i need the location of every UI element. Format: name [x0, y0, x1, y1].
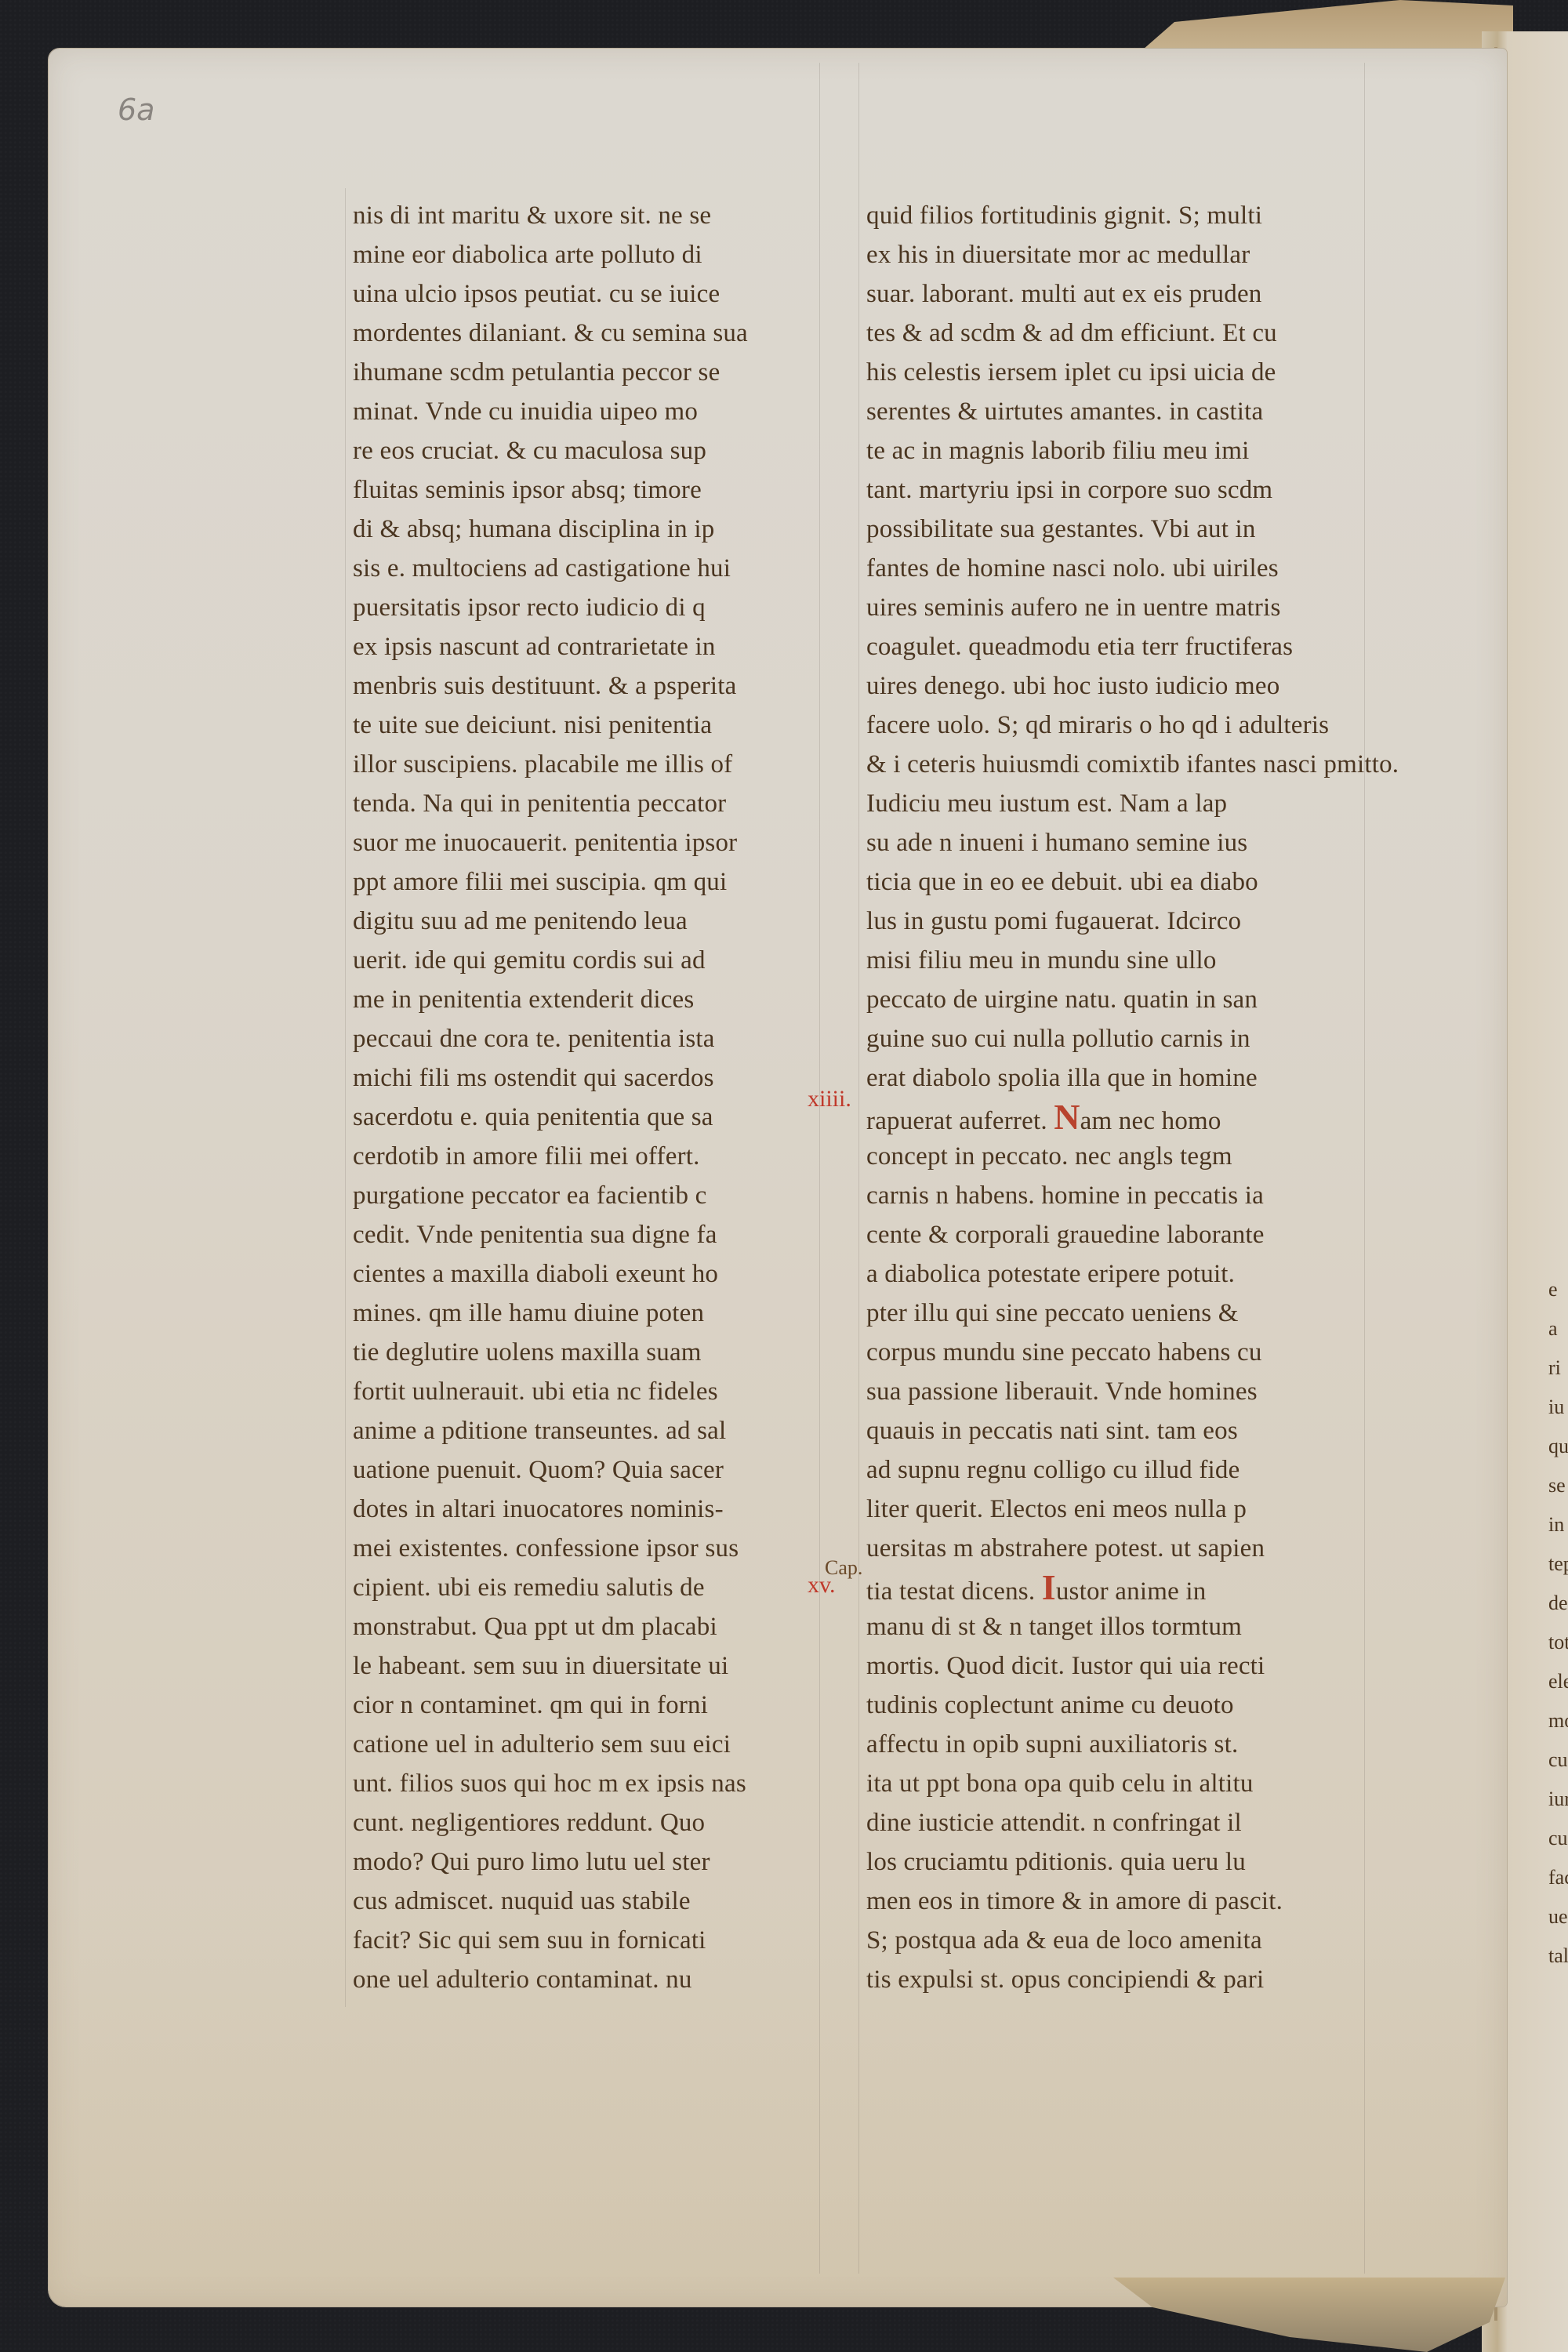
- text-line: & i ceteris huiusmdi comixtib ifantes na…: [866, 745, 1352, 784]
- text-line: fluitas seminis ipsor absq; timore: [353, 470, 808, 510]
- text-line: liter querit. Electos eni meos nulla p: [866, 1490, 1352, 1529]
- text-line: tep: [1548, 1544, 1568, 1584]
- text-line: fantes de homine nasci nolo. ubi uiriles: [866, 549, 1352, 588]
- text-line: peccato de uirgine natu. quatin in san: [866, 980, 1352, 1019]
- text-line: ihumane scdm petulantia peccor se: [353, 353, 808, 392]
- text-line: uina ulcio ipsos peutiat. cu se iuice: [353, 274, 808, 314]
- text-line: erat diabolo spolia illa que in homine: [866, 1058, 1352, 1098]
- text-line: mei existentes. confessione ipsor sus: [353, 1529, 808, 1568]
- text-line: uires seminis aufero ne in uentre matris: [866, 588, 1352, 627]
- text-line: tant. martyriu ipsi in corpore suo scdm: [866, 470, 1352, 510]
- text-line: ex ipsis nascunt ad contrarietate in: [353, 627, 808, 666]
- text-line: pter illu qui sine peccato ueniens &: [866, 1294, 1352, 1333]
- text-line: te ac in magnis laborib filiu meu imi: [866, 431, 1352, 470]
- ruling-vertical-mid-1: [819, 63, 820, 2274]
- text-line: uel q: [1548, 1897, 1568, 1936]
- text-line: di & absq; humana disciplina in ip: [353, 510, 808, 549]
- text-line: e: [1548, 1270, 1568, 1309]
- text-line: den: [1548, 1584, 1568, 1623]
- text-line: suor me inuocauerit. penitentia ipsor: [353, 823, 808, 862]
- text-line: in iu: [1548, 1505, 1568, 1544]
- text-line: minat. Vnde cu inuidia uipeo mo: [353, 392, 808, 431]
- text-line: le habeant. sem suu in diuersitate ui: [353, 1646, 808, 1686]
- text-line: anime a pditione transeuntes. ad sal: [353, 1411, 808, 1450]
- text-line: affectu in opib supni auxiliatoris st.: [866, 1725, 1352, 1764]
- text-line: facere uolo. S; qd miraris o ho qd i adu…: [866, 706, 1352, 745]
- text-line: illor suscipiens. placabile me illis of: [353, 745, 808, 784]
- text-line: unt. filios suos qui hoc m ex ipsis nas: [353, 1764, 808, 1803]
- text-line: purgatione peccator ea facientib c: [353, 1176, 808, 1215]
- text-column-right: quid filios fortitudinis gignit. S; mult…: [866, 196, 1352, 1999]
- text-line: puersitatis ipsor recto iudicio di q: [353, 588, 808, 627]
- text-line: talis: [1548, 1936, 1568, 1976]
- ruling-vertical-right: [1364, 63, 1365, 2274]
- text-line: su ade n inueni i humano semine ius: [866, 823, 1352, 862]
- text-line: cente & corporali grauedine laborante: [866, 1215, 1352, 1254]
- text-line: possibilitate sua gestantes. Vbi aut in: [866, 510, 1352, 549]
- text-line: tenda. Na qui in penitentia peccator: [353, 784, 808, 823]
- text-line: tis expulsi st. opus concipiendi & pari: [866, 1960, 1352, 1999]
- text-line: uersitas m abstrahere potest. ut sapien: [866, 1529, 1352, 1568]
- text-line: cu io: [1548, 1819, 1568, 1858]
- text-line: tudinis coplectunt anime cu deuoto: [866, 1686, 1352, 1725]
- facing-page-text: eariiuquse fin iutepdentotielectmotcu oi…: [1548, 1270, 1568, 1976]
- text-line: misi filiu meu in mundu sine ullo: [866, 941, 1352, 980]
- text-line: a diabolica potestate eripere potuit.: [866, 1254, 1352, 1294]
- text-line: elect: [1548, 1662, 1568, 1701]
- text-line: uires denego. ubi hoc iusto iudicio meo: [866, 666, 1352, 706]
- text-line: mortis. Quod dicit. Iustor qui uia recti: [866, 1646, 1352, 1686]
- text-line: his celestis iersem iplet cu ipsi uicia …: [866, 353, 1352, 392]
- text-line: sua passione liberauit. Vnde homines: [866, 1372, 1352, 1411]
- text-line: coagulet. queadmodu etia terr fructifera…: [866, 627, 1352, 666]
- text-line: monstrabut. Qua ppt ut dm placabi: [353, 1607, 808, 1646]
- text-line: iur.: [1548, 1780, 1568, 1819]
- text-line: qu: [1548, 1427, 1568, 1466]
- text-line: cu o: [1548, 1740, 1568, 1780]
- ruling-vertical-mid-2: [858, 63, 859, 2274]
- text-line: serentes & uirtutes amantes. in castita: [866, 392, 1352, 431]
- rubric-chapter-xiiii: xiiii.: [808, 1086, 851, 1112]
- text-line: cipient. ubi eis remediu salutis de: [353, 1568, 808, 1607]
- text-line: ppt amore filii mei suscipia. qm qui: [353, 862, 808, 902]
- rubric-chapter-xv: xv.: [808, 1572, 836, 1599]
- rubricated-initial-i: I: [1042, 1567, 1056, 1607]
- text-line: ex his in diuersitate mor ac medullar: [866, 235, 1352, 274]
- text-line: concept in peccato. nec angls tegm: [866, 1137, 1352, 1176]
- text-line: tes & ad scdm & ad dm efficiunt. Et cu: [866, 314, 1352, 353]
- text-line: cerdotib in amore filii mei offert.: [353, 1137, 808, 1176]
- text-line: uatione puenuit. Quom? Quia sacer: [353, 1450, 808, 1490]
- text-line: men eos in timore & in amore di pascit.: [866, 1882, 1352, 1921]
- text-line: iu: [1548, 1388, 1568, 1427]
- text-line: uerit. ide qui gemitu cordis sui ad: [353, 941, 808, 980]
- text-line: te uite sue deiciunt. nisi penitentia: [353, 706, 808, 745]
- text-line: cus admiscet. nuquid uas stabile: [353, 1882, 808, 1921]
- text-line: a: [1548, 1309, 1568, 1348]
- text-line: modo? Qui puro limo lutu uel ster: [353, 1842, 808, 1882]
- text-line: fortit uulnerauit. ubi etia nc fideles: [353, 1372, 808, 1411]
- text-line: quauis in peccatis nati sint. tam eos: [866, 1411, 1352, 1450]
- text-line: peccaui dne cora te. penitentia ista: [353, 1019, 808, 1058]
- text-line: cunt. negligentiores reddunt. Quo: [353, 1803, 808, 1842]
- text-line: re eos cruciat. & cu maculosa sup: [353, 431, 808, 470]
- text-line: lus in gustu pomi fugauerat. Idcirco: [866, 902, 1352, 941]
- text-line: toti: [1548, 1623, 1568, 1662]
- text-line: mot: [1548, 1701, 1568, 1740]
- text-line: sis e. multociens ad castigatione hui: [353, 549, 808, 588]
- text-line: dotes in altari inuocatores nominis-: [353, 1490, 808, 1529]
- text-line: mine eor diabolica arte polluto di: [353, 235, 808, 274]
- text-line: ticia que in eo ee debuit. ubi ea diabo: [866, 862, 1352, 902]
- text-line: menbris suis destituunt. & a psperita: [353, 666, 808, 706]
- text-line: quid filios fortitudinis gignit. S; mult…: [866, 196, 1352, 235]
- text-line: se f: [1548, 1466, 1568, 1505]
- text-line: cedit. Vnde penitentia sua digne fa: [353, 1215, 808, 1254]
- text-line: dine iusticie attendit. n confringat il: [866, 1803, 1352, 1842]
- text-line: Iudiciu meu iustum est. Nam a lap: [866, 784, 1352, 823]
- text-line: tia testat dicens. Iustor anime in: [866, 1568, 1352, 1607]
- text-line: tie deglutire uolens maxilla suam: [353, 1333, 808, 1372]
- text-line: guine suo cui nulla pollutio carnis in: [866, 1019, 1352, 1058]
- rubricated-initial-n: N: [1054, 1097, 1080, 1137]
- text-line: corpus mundu sine peccato habens cu: [866, 1333, 1352, 1372]
- text-line: facit? Sic qui sem suu in fornicati: [353, 1921, 808, 1960]
- text-line: digitu suu ad me penitendo leua: [353, 902, 808, 941]
- text-line: rapuerat auferret. Nam nec homo: [866, 1098, 1352, 1137]
- text-line: suar. laborant. multi aut ex eis pruden: [866, 274, 1352, 314]
- text-line: ri: [1548, 1348, 1568, 1388]
- text-line: mordentes dilaniant. & cu semina sua: [353, 314, 808, 353]
- text-line: S; postqua ada & eua de loco amenita: [866, 1921, 1352, 1960]
- text-line: cientes a maxilla diaboli exeunt ho: [353, 1254, 808, 1294]
- text-line: one uel adulterio contaminat. nu: [353, 1960, 808, 1999]
- text-column-left: nis di int maritu & uxore sit. ne semine…: [353, 196, 808, 1999]
- text-line: michi fili ms ostendit qui sacerdos: [353, 1058, 808, 1098]
- text-line: cior n contaminet. qm qui in forni: [353, 1686, 808, 1725]
- text-line: manu di st & n tanget illos tormtum: [866, 1607, 1352, 1646]
- text-line: sacerdotu e. quia penitentia que sa: [353, 1098, 808, 1137]
- text-line: los cruciamtu pditionis. quia ueru lu: [866, 1842, 1352, 1882]
- folio-number: 6a: [118, 93, 154, 127]
- text-line: nis di int maritu & uxore sit. ne se: [353, 196, 808, 235]
- text-line: ad supnu regnu colligo cu illud fide: [866, 1450, 1352, 1490]
- text-line: catione uel in adulterio sem suu eici: [353, 1725, 808, 1764]
- text-line: me in penitentia extenderit dices: [353, 980, 808, 1019]
- text-line: ita ut ppt bona opa quib celu in altitu: [866, 1764, 1352, 1803]
- text-line: carnis n habens. homine in peccatis ia: [866, 1176, 1352, 1215]
- ruling-vertical-left: [345, 188, 346, 2007]
- text-line: fact: [1548, 1858, 1568, 1897]
- text-line: mines. qm ille hamu diuine poten: [353, 1294, 808, 1333]
